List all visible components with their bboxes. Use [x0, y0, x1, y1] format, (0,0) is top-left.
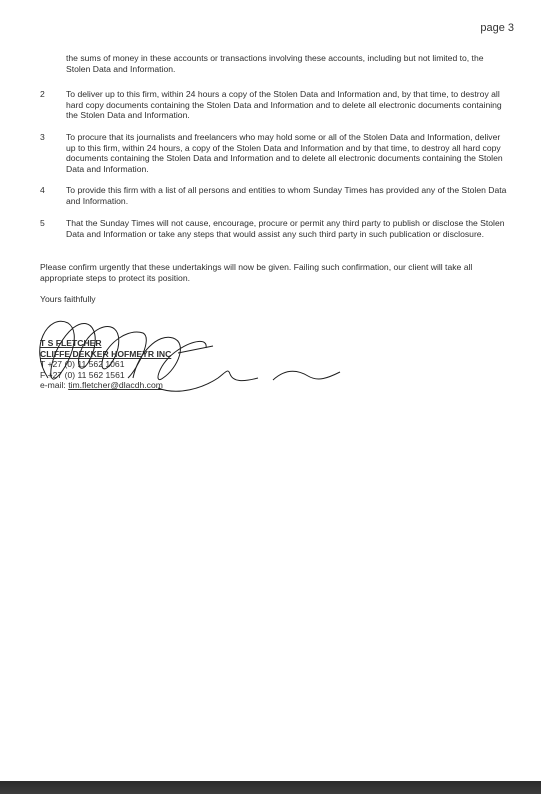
document-page: page 3 the sums of money in these accoun…: [0, 0, 541, 781]
item-text: To provide this firm with a list of all …: [66, 185, 508, 206]
signatory-name: T S FLETCHER: [40, 338, 171, 349]
firm-name: CLIFFE DEKKER HOFMEYR INC: [40, 349, 171, 360]
signature-block: T S FLETCHER CLIFFE DEKKER HOFMEYR INC T…: [40, 338, 171, 391]
email-label: e-mail:: [40, 380, 68, 390]
item-text: To deliver up to this firm, within 24 ho…: [66, 89, 508, 121]
item-text: To procure that its journalists and free…: [66, 132, 508, 174]
continuation-paragraph: the sums of money in these accounts or t…: [66, 53, 506, 74]
telephone: T +27 (0) 11 562 1061: [40, 359, 171, 370]
item-text: That the Sunday Times will not cause, en…: [66, 218, 508, 239]
bottom-bar: [0, 781, 541, 794]
item-number: 3: [40, 132, 45, 143]
fax: F +27 (0) 11 562 1561: [40, 370, 171, 381]
item-number: 4: [40, 185, 45, 196]
page-number: page 3: [480, 22, 514, 34]
email-line: e-mail: tim.fletcher@dlacdh.com: [40, 380, 171, 391]
sign-off: Yours faithfully: [40, 294, 96, 305]
item-number: 5: [40, 218, 45, 229]
email-link[interactable]: tim.fletcher@dlacdh.com: [68, 380, 163, 390]
item-number: 2: [40, 89, 45, 100]
closing-paragraph: Please confirm urgently that these under…: [40, 262, 510, 283]
